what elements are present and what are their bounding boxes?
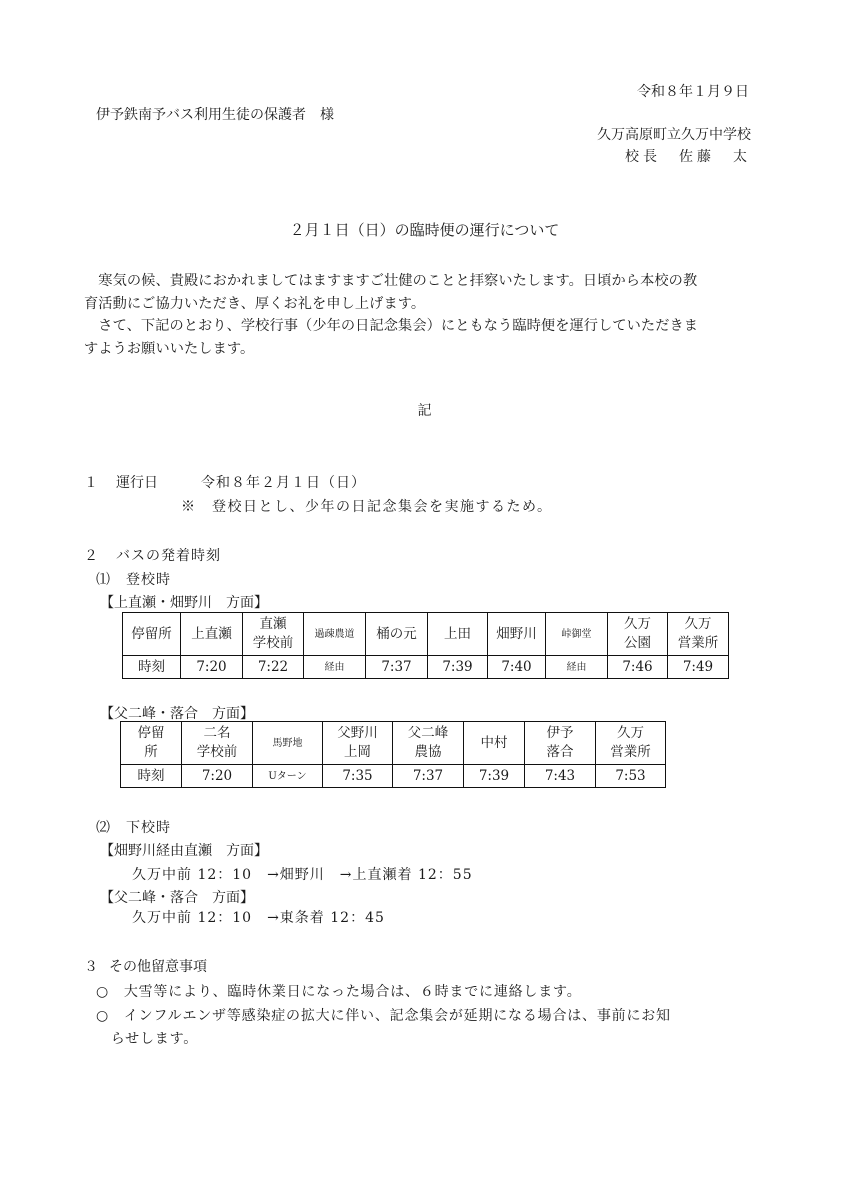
route2-time-header: 時刻 <box>121 765 182 788</box>
route2-time: Uターン <box>253 765 323 788</box>
operation-note: ※ 登校日とし、少年の日記念集会を実施するため。 <box>181 496 552 516</box>
route1-stop: 畑野川 <box>488 613 546 656</box>
section2-num: ２ <box>84 545 98 565</box>
para2-line2: すようお願いいたします。 <box>84 338 774 361</box>
para2-line1: さて、下記のとおり、学校行事（少年の日記念集会）にともなう臨時便を運行していただ… <box>84 315 774 338</box>
school-name: 久万高原町立久万中学校 <box>597 124 751 144</box>
sub-heading-morning: ⑴ 登校時 <box>96 569 171 589</box>
route2-time: 7:35 <box>323 765 393 788</box>
route2-title: 【父二峰・落合 方面】 <box>100 703 254 723</box>
route1-time-header: 時刻 <box>123 656 181 679</box>
route1-time: 7:22 <box>243 656 304 679</box>
route2-time: 7:53 <box>596 765 666 788</box>
route1-stop: 峠御堂 <box>546 613 608 656</box>
ki-heading: 記 <box>0 400 849 420</box>
intro-paragraph: 寒気の候、貴殿におかれましてはますますご壮健のことと拝察いたします。日頃から本校… <box>84 270 774 360</box>
route2-time: 7:37 <box>393 765 464 788</box>
route1-time: 経由 <box>304 656 366 679</box>
operation-date: 令和８年２月１日（日） <box>201 472 366 492</box>
return1-schedule: 久万中前 12：10 →畑野川 →上直瀬着 12：55 <box>132 864 473 884</box>
para1-line2: 育活動にご協力いただき、厚くお礼を申し上げます。 <box>84 293 774 316</box>
route2-stop: 中村 <box>464 722 525 765</box>
route1-stop: 過疎農道 <box>304 613 366 656</box>
section1-label: 運行日 <box>116 472 158 492</box>
route1-time: 7:37 <box>366 656 428 679</box>
route2-times-row: 時刻 7:20 Uターン 7:35 7:37 7:39 7:43 7:53 <box>121 765 666 788</box>
route2-stop-header: 停留 所 <box>121 722 182 765</box>
route2-stop: 伊予 落合 <box>525 722 596 765</box>
sub-heading-afternoon: ⑵ 下校時 <box>96 817 171 837</box>
route1-title: 【上直瀬・畑野川 方面】 <box>100 592 268 612</box>
route1-stops-row: 停留所 上直瀬 直瀬 学校前 過疎農道 桶の元 上田 畑野川 峠御堂 久万 公園… <box>123 613 729 656</box>
recipient: 伊予鉄南予バス利用生徒の保護者 様 <box>96 104 334 124</box>
route2-stop: 久万 営業所 <box>596 722 666 765</box>
route1-time: 7:20 <box>181 656 243 679</box>
route2-timetable: 停留 所 二名 学校前 馬野地 父野川 上岡 父二峰 農協 中村 伊予 落合 久… <box>120 721 666 788</box>
route1-stop: 久万 営業所 <box>668 613 729 656</box>
route2-stop: 馬野地 <box>253 722 323 765</box>
route1-times-row: 時刻 7:20 7:22 経由 7:37 7:39 7:40 経由 7:46 7… <box>123 656 729 679</box>
route1-stop: 桶の元 <box>366 613 428 656</box>
route1-stop: 上直瀬 <box>181 613 243 656</box>
section3-num: ３ <box>84 956 98 976</box>
principal-name: 校長 佐藤 太 <box>625 146 751 166</box>
route1-time: 7:39 <box>428 656 488 679</box>
document-title: ２月１日（日）の臨時便の運行について <box>0 219 849 240</box>
route1-stop-header: 停留所 <box>123 613 181 656</box>
route2-time: 7:20 <box>182 765 253 788</box>
route2-time: 7:43 <box>525 765 596 788</box>
route2-time: 7:39 <box>464 765 525 788</box>
route1-time: 7:40 <box>488 656 546 679</box>
return2-schedule: 久万中前 12：10 →東条着 12：45 <box>132 907 385 927</box>
section1-num: １ <box>84 472 98 492</box>
return2-title: 【父二峰・落合 方面】 <box>100 887 254 907</box>
route1-stop: 上田 <box>428 613 488 656</box>
return1-title: 【畑野川経由直瀬 方面】 <box>100 840 268 860</box>
route1-stop: 直瀬 学校前 <box>243 613 304 656</box>
route1-timetable: 停留所 上直瀬 直瀬 学校前 過疎農道 桶の元 上田 畑野川 峠御堂 久万 公園… <box>122 612 729 679</box>
route2-stops-row: 停留 所 二名 学校前 馬野地 父野川 上岡 父二峰 農協 中村 伊予 落合 久… <box>121 722 666 765</box>
section3-label: その他留意事項 <box>109 956 207 976</box>
route2-stop: 父野川 上岡 <box>323 722 393 765</box>
note-item-continued: らせします。 <box>96 1028 198 1048</box>
para1-line1: 寒気の候、貴殿におかれましてはますますご壮健のことと拝察いたします。日頃から本校… <box>84 270 774 293</box>
note-item: ○ インフルエンザ等感染症の拡大に伴い、記念集会が延期になる場合は、事前にお知 <box>96 1005 671 1025</box>
route1-time: 7:46 <box>608 656 668 679</box>
route2-stop: 二名 学校前 <box>182 722 253 765</box>
route1-stop: 久万 公園 <box>608 613 668 656</box>
document-date: 令和８年１月９日 <box>637 81 749 101</box>
route1-time: 経由 <box>546 656 608 679</box>
section2-label: バスの発着時刻 <box>116 545 221 565</box>
route2-stop: 父二峰 農協 <box>393 722 464 765</box>
note-item: ○ 大雪等により、臨時休業日になった場合は、６時までに連絡します。 <box>96 981 582 1001</box>
route1-time: 7:49 <box>668 656 729 679</box>
